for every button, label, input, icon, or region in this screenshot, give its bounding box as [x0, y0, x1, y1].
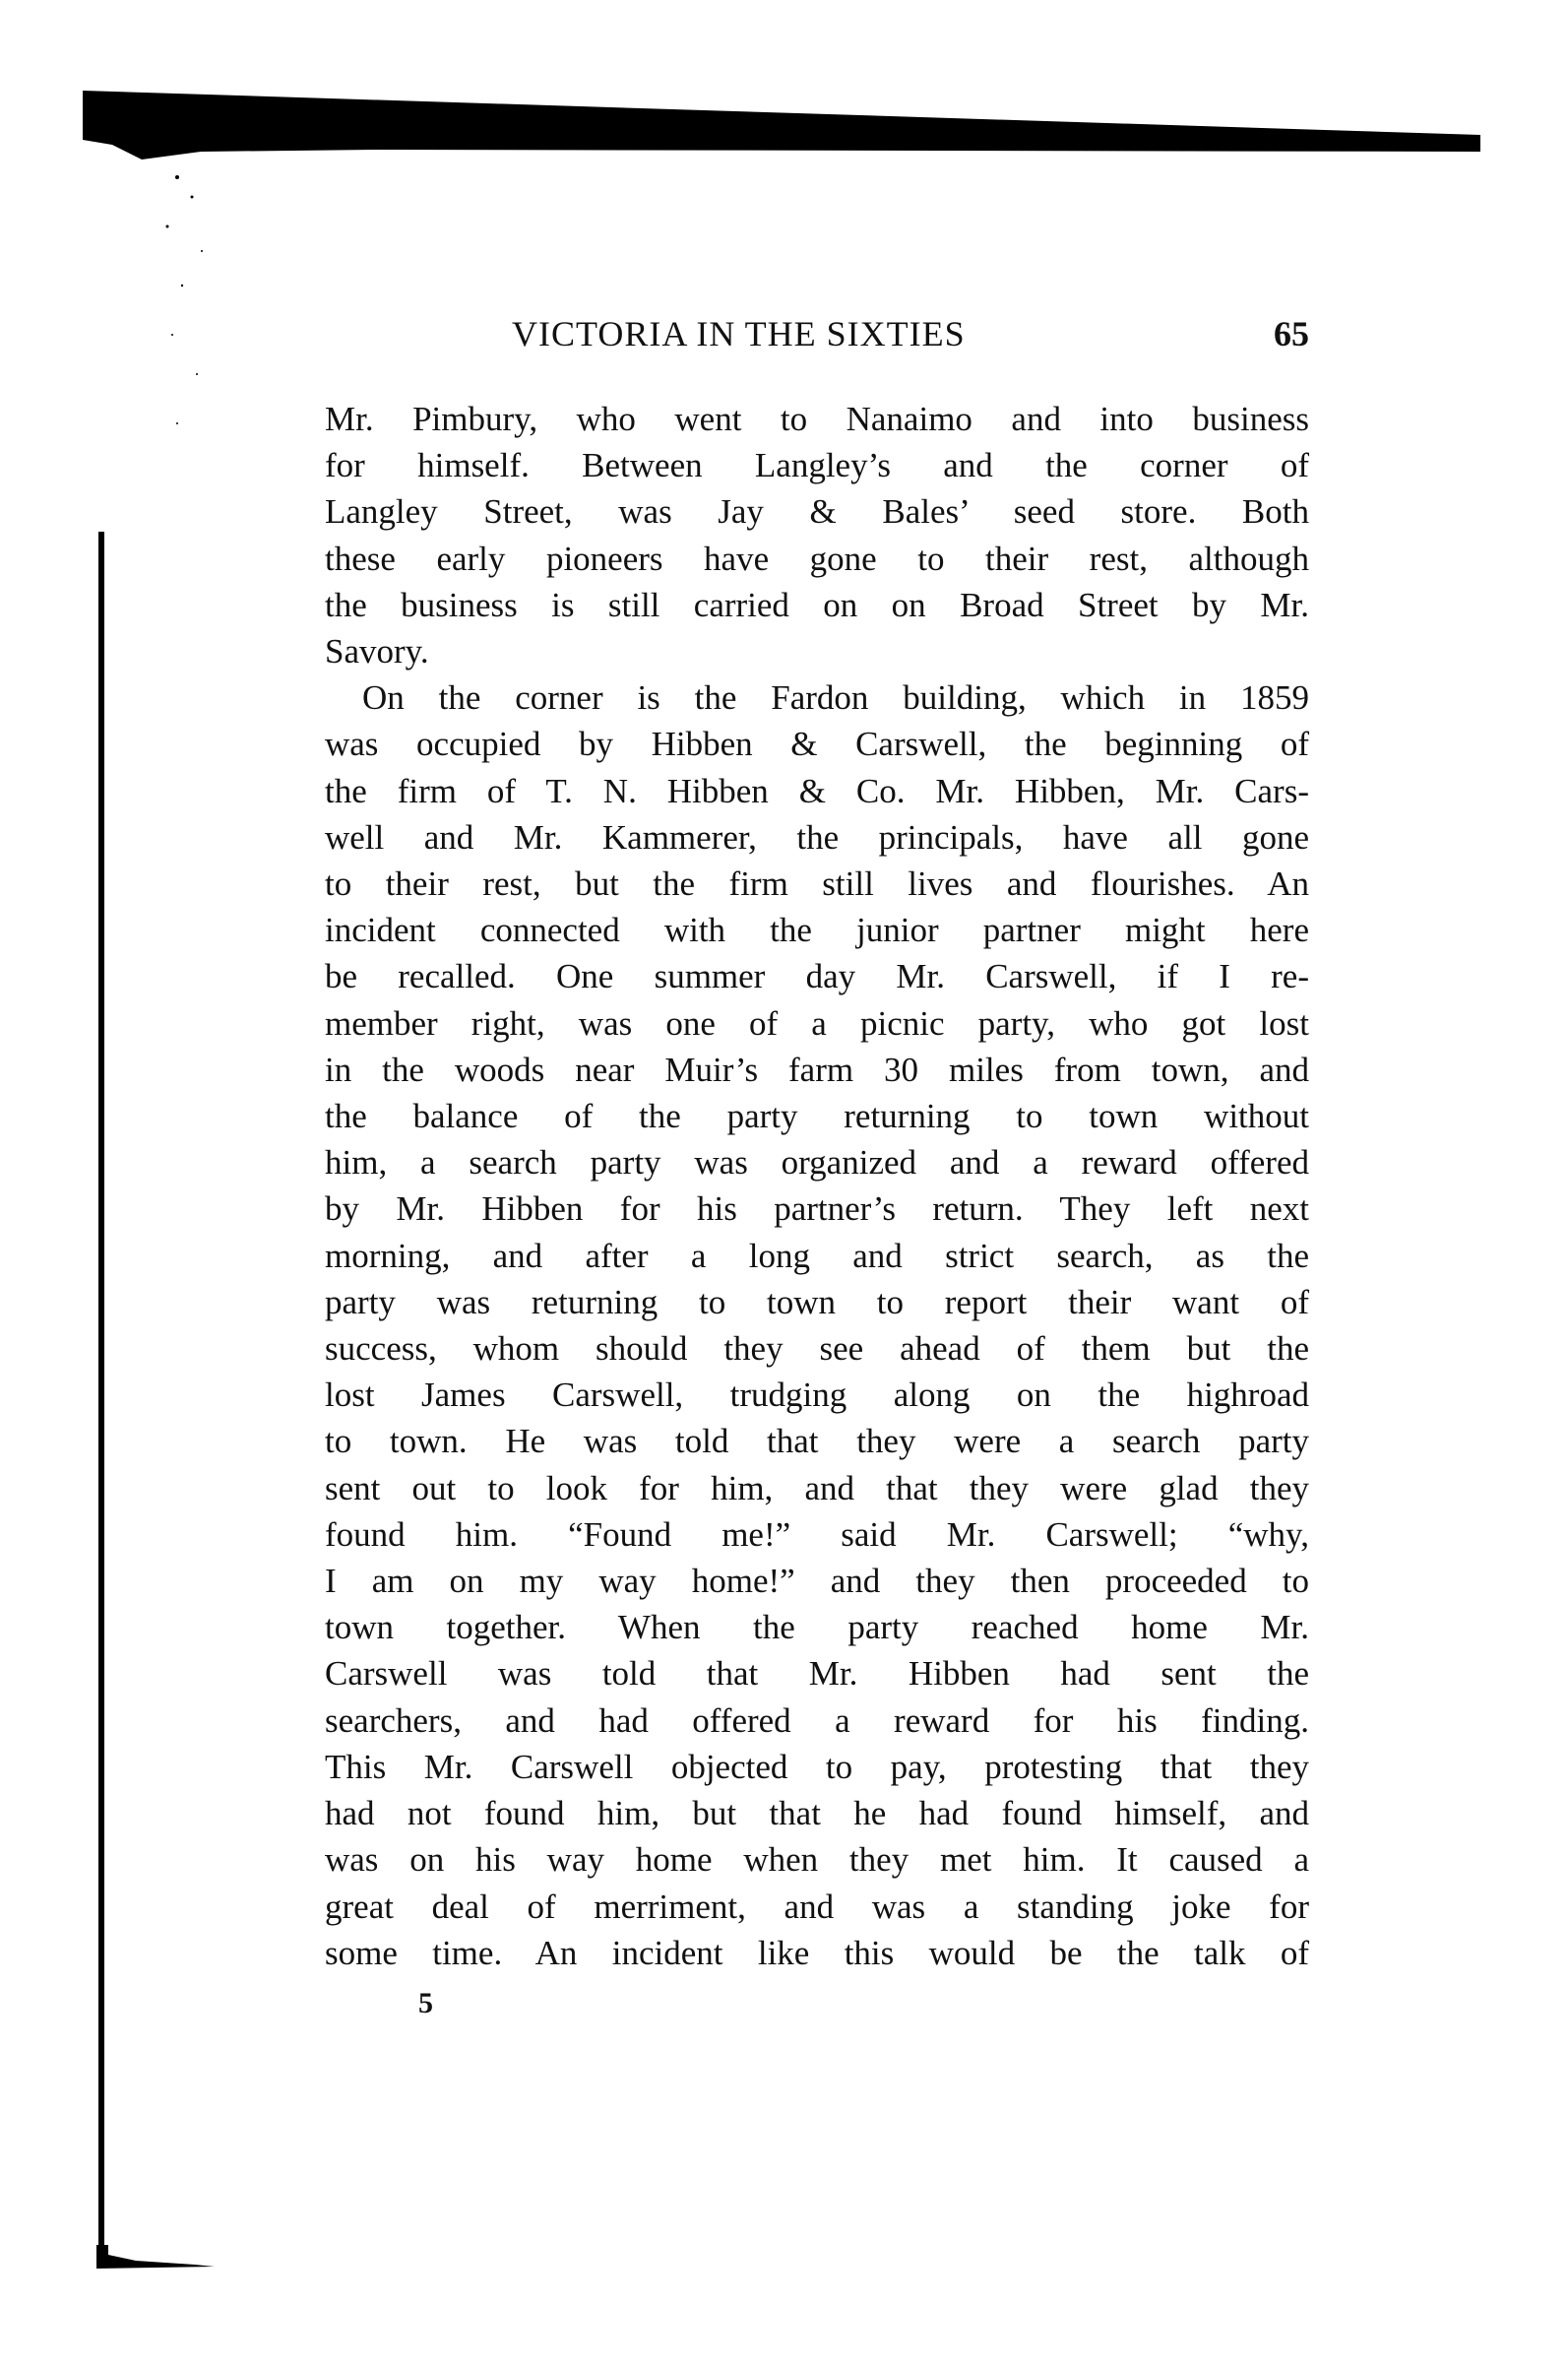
text-line: searchers, and had offered a reward for … [325, 1697, 1309, 1744]
text-line: party was returning to town to report th… [325, 1279, 1309, 1325]
text-line: town together. When the party reached ho… [325, 1604, 1309, 1650]
text-line: lost James Carswell, trudging along on t… [325, 1372, 1309, 1418]
text-line: for himself. Between Langley’s and the c… [325, 442, 1309, 488]
text-line: Langley Street, was Jay & Bales’ seed st… [325, 488, 1309, 535]
text-line: in the woods near Muir’s farm 30 miles f… [325, 1047, 1309, 1093]
paragraph-1: Mr. Pimbury, who went to Nanaimo and int… [325, 396, 1309, 674]
page-number: 65 [1274, 313, 1309, 354]
paragraph-2: On the corner is the Fardon building, wh… [325, 674, 1309, 1976]
text-line: the balance of the party returning to to… [325, 1093, 1309, 1139]
text-line: the firm of T. N. Hibben & Co. Mr. Hibbe… [325, 768, 1309, 814]
text-line: some time. An incident like this would b… [325, 1930, 1309, 1976]
running-head-title: VICTORIA IN THE SIXTIES [512, 313, 966, 354]
scan-noise-specks [148, 158, 266, 473]
text-line: morning, and after a long and strict sea… [325, 1233, 1309, 1279]
text-line: success, whom should they see ahead of t… [325, 1325, 1309, 1372]
signature-mark: 5 [418, 1987, 433, 2020]
text-line: I am on my way home!” and they then proc… [325, 1558, 1309, 1604]
text-line: On the corner is the Fardon building, wh… [325, 674, 1309, 721]
text-line: Carswell was told that Mr. Hibben had se… [325, 1650, 1309, 1696]
running-head: VICTORIA IN THE SIXTIES 65 [325, 313, 1309, 360]
body-text: Mr. Pimbury, who went to Nanaimo and int… [325, 396, 1309, 1976]
text-line: sent out to look for him, and that they … [325, 1465, 1309, 1511]
scanned-book-page: VICTORIA IN THE SIXTIES 65 Mr. Pimbury, … [0, 0, 1568, 2368]
text-line: member right, was one of a picnic party,… [325, 1000, 1309, 1047]
text-line: by Mr. Hibben for his partner’s return. … [325, 1185, 1309, 1232]
text-line: be recalled. One summer day Mr. Carswell… [325, 953, 1309, 999]
text-line: Mr. Pimbury, who went to Nanaimo and int… [325, 396, 1309, 442]
text-line: to their rest, but the firm still lives … [325, 861, 1309, 907]
text-line: the business is still carried on on Broa… [325, 582, 1309, 628]
text-line: these early pioneers have gone to their … [325, 536, 1309, 582]
scan-shadow-top-edge [83, 91, 1480, 160]
text-line: found him. “Found me!” said Mr. Carswell… [325, 1511, 1309, 1558]
text-line: well and Mr. Kammerer, the principals, h… [325, 814, 1309, 861]
text-line: him, a search party was organized and a … [325, 1139, 1309, 1185]
text-line: great deal of merriment, and was a stand… [325, 1884, 1309, 1930]
text-line: to town. He was told that they were a se… [325, 1418, 1309, 1464]
text-line: was occupied by Hibben & Carswell, the b… [325, 721, 1309, 767]
text-line: had not found him, but that he had found… [325, 1790, 1309, 1836]
scan-shadow-left-binding [96, 532, 108, 2267]
text-line: This Mr. Carswell objected to pay, prote… [325, 1744, 1309, 1790]
text-line: was on his way home when they met him. I… [325, 1836, 1309, 1883]
text-line: Savory. [325, 628, 1309, 674]
scan-shadow-bottom-corner [96, 2253, 215, 2269]
text-line: incident connected with the junior partn… [325, 907, 1309, 953]
